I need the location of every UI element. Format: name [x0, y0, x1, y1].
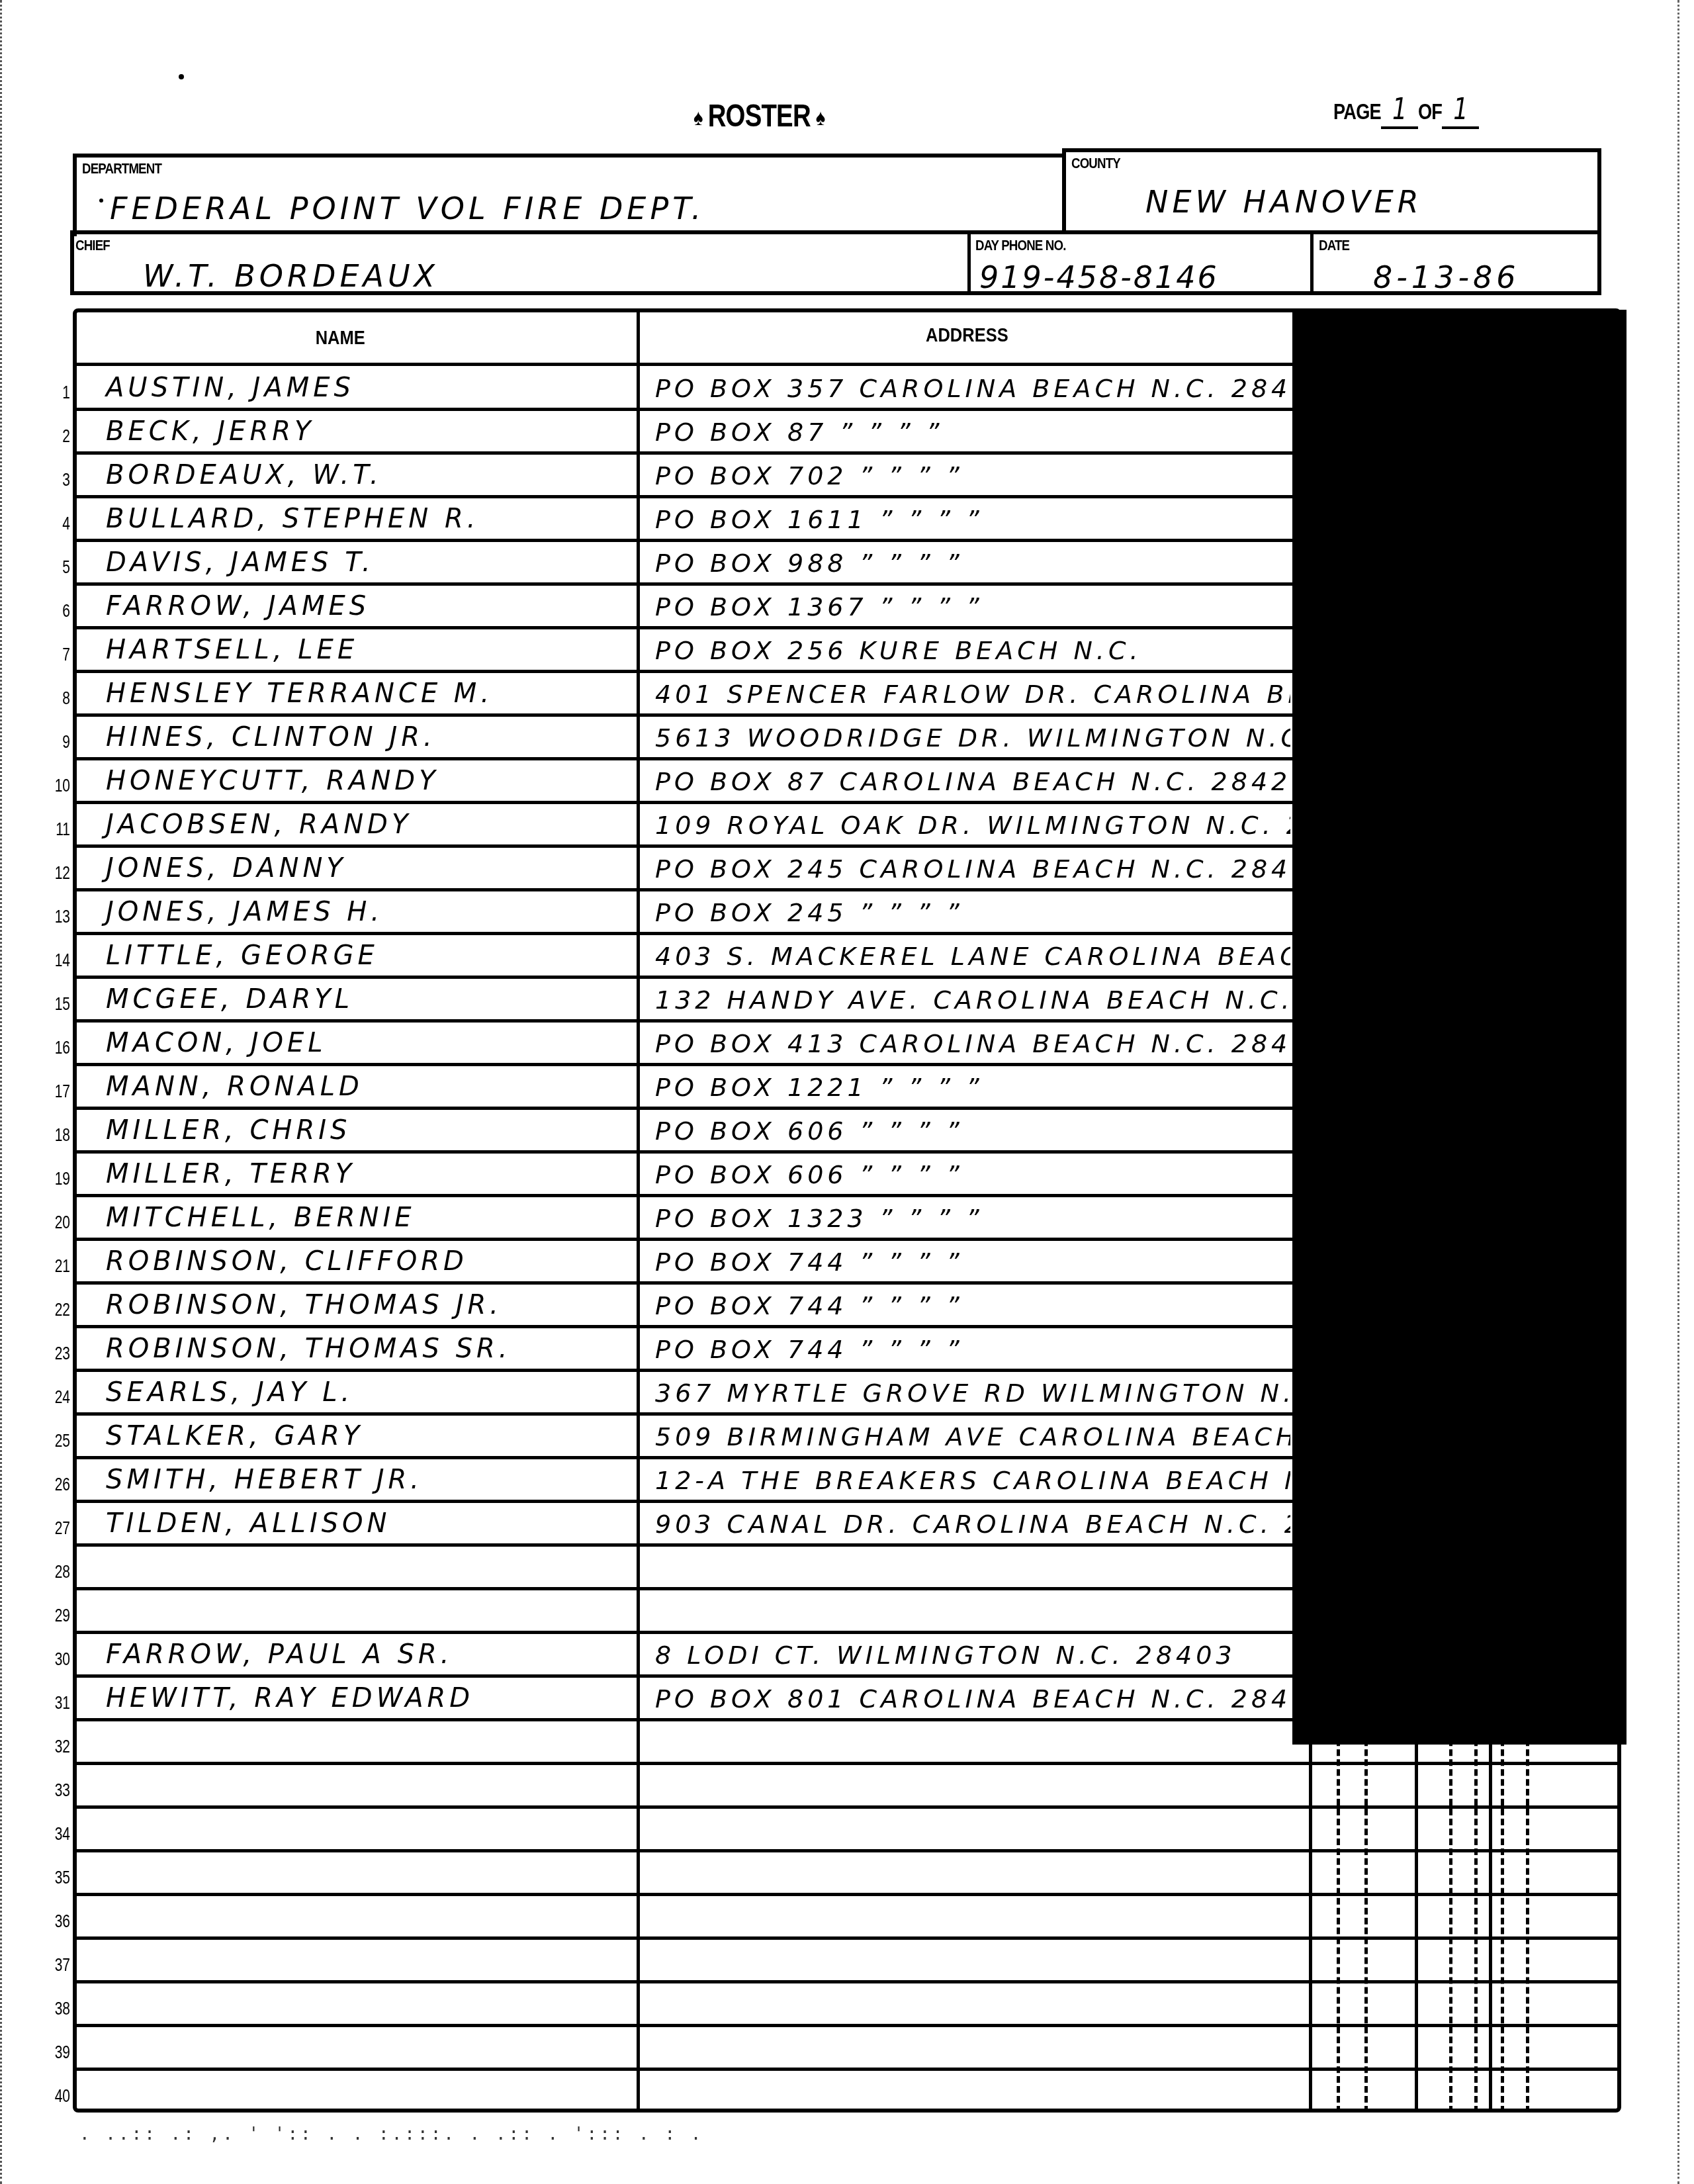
name-cell: Tilden, Allison: [106, 1508, 390, 1539]
name-cell: Robinson, Clifford: [106, 1246, 468, 1277]
row-number: 1: [50, 382, 70, 403]
row-number: 36: [50, 1911, 70, 1932]
chief-field: CHIEF W.T. Bordeaux: [70, 230, 970, 295]
address-cell: PO Box 1221 ” ” ” ”: [655, 1073, 983, 1102]
row-number: 31: [50, 1692, 70, 1713]
day-phone-label: DAY PHONE NO.: [975, 237, 1066, 254]
department-label: DEPARTMENT: [82, 160, 161, 177]
scan-edge-left: [0, 0, 6, 2184]
row-divider: [74, 1762, 1620, 1765]
redaction-block: [1292, 310, 1627, 1745]
row-divider: [74, 2068, 1620, 2071]
address-cell: PO Box 988 ” ” ” ”: [655, 549, 963, 578]
address-cell: PO Box 413 Carolina Beach N.C. 28428: [655, 1029, 1290, 1058]
page-indicator: PAGE1OF1: [1333, 93, 1479, 129]
row-divider: [74, 1936, 1620, 1940]
row-divider: [74, 1805, 1620, 1809]
address-cell: 903 Canal Dr. Carolina Beach N.C. 28428: [655, 1510, 1290, 1539]
scan-edge-right: [1675, 0, 1679, 2184]
row-divider: [74, 2024, 1620, 2027]
row-divider: [74, 1849, 1620, 1852]
column-divider: [637, 308, 640, 2113]
row-number: 29: [50, 1605, 70, 1626]
row-number: 19: [50, 1168, 70, 1189]
date-value: 8-13-86: [1373, 259, 1520, 295]
name-cell: Farrow, James: [106, 591, 370, 621]
date-label: DATE: [1319, 237, 1349, 254]
address-cell: PO Box 357 Carolina Beach N.C. 28428: [655, 374, 1290, 403]
address-cell: PO Box 1611 ” ” ” ”: [655, 505, 983, 534]
day-phone-field: DAY PHONE NO. 919-458-8146: [970, 230, 1311, 295]
address-cell: PO Box 744 ” ” ” ”: [655, 1335, 963, 1364]
scan-noise: . ..:: .: ,. ' ':: . . :.:::. . .:: . ':…: [79, 2124, 703, 2144]
row-number: 23: [50, 1343, 70, 1364]
county-value: New Hanover: [1145, 184, 1423, 220]
address-cell: PO Box 606 ” ” ” ”: [655, 1116, 963, 1146]
row-number: 20: [50, 1212, 70, 1233]
row-number: 30: [50, 1649, 70, 1670]
name-cell: Robinson, Thomas Jr.: [106, 1290, 502, 1320]
row-number: 9: [50, 731, 70, 752]
chief-value: W.T. Bordeaux: [143, 258, 439, 294]
name-cell: Jones, Danny: [106, 853, 347, 884]
scan-speck: [179, 74, 184, 79]
chief-label: CHIEF: [75, 237, 110, 254]
row-number: 33: [50, 1780, 70, 1801]
column-header-name: NAME: [316, 327, 365, 349]
name-cell: Searls, Jay L.: [106, 1377, 353, 1408]
address-cell: PO Box 744 ” ” ” ”: [655, 1291, 963, 1320]
department-value: Federal Point Vol Fire Dept.: [110, 191, 705, 226]
page-number: 1: [1381, 93, 1418, 129]
name-cell: Jones, James H.: [106, 897, 383, 927]
address-cell: PO Box 245 Carolina Beach N.C. 28428: [655, 854, 1290, 884]
row-number: 40: [50, 2085, 70, 2107]
page-label: PAGE: [1333, 99, 1381, 124]
address-cell: PO Box 801 Carolina Beach N.C. 28428: [655, 1684, 1290, 1713]
row-number: 4: [50, 513, 70, 534]
address-cell: PO Box 1323 ” ” ” ”: [655, 1204, 983, 1233]
address-cell: 8 Lodi Ct. Wilmington N.C. 28403: [655, 1641, 1236, 1670]
address-cell: PO Box 256 Kure Beach N.C.: [655, 636, 1142, 665]
row-number: 15: [50, 993, 70, 1015]
row-number: 5: [50, 557, 70, 578]
address-cell: PO Box 606 ” ” ” ”: [655, 1160, 963, 1189]
row-number: 18: [50, 1124, 70, 1146]
name-cell: Stalker, Gary: [106, 1421, 363, 1451]
name-cell: Mann, Ronald: [106, 1071, 363, 1102]
name-cell: Farrow, Paul A Sr.: [106, 1639, 453, 1670]
address-cell: PO Box 245 ” ” ” ”: [655, 898, 963, 927]
row-number: 38: [50, 1998, 70, 2019]
column-header-address: ADDRESS: [926, 324, 1008, 347]
name-cell: Macon, Joel: [106, 1028, 326, 1058]
address-cell: 401 Spencer Farlow Dr. Carolina Beach N.…: [655, 680, 1290, 709]
row-number: 13: [50, 906, 70, 927]
name-cell: Miller, Terry: [106, 1159, 355, 1189]
spade-icon: ♠: [816, 105, 825, 131]
row-number: 35: [50, 1867, 70, 1888]
row-number: 11: [50, 819, 70, 840]
address-cell: PO Box 702 ” ” ” ”: [655, 461, 963, 490]
row-number: 22: [50, 1299, 70, 1320]
row-number: 37: [50, 1954, 70, 1976]
row-number: 32: [50, 1736, 70, 1757]
spade-icon: ♠: [693, 105, 703, 131]
address-cell: 509 Birmingham Ave Carolina Beach N.C. 2…: [655, 1422, 1290, 1451]
row-number: 6: [50, 600, 70, 621]
row-number: 16: [50, 1037, 70, 1058]
form-title-text: ROSTER: [708, 99, 811, 134]
county-label: COUNTY: [1071, 155, 1120, 172]
row-number: 8: [50, 688, 70, 709]
name-cell: Smith, Hebert Jr.: [106, 1465, 423, 1495]
row-number: 3: [50, 469, 70, 490]
address-cell: 403 S. Mackerel Lane Carolina Beach N.C.…: [655, 942, 1290, 971]
name-cell: Beck, Jerry: [106, 416, 314, 447]
address-cell: 5613 Woodridge Dr. Wilmington N.C. 28403: [655, 723, 1290, 752]
address-cell: 109 Royal Oak Dr. Wilmington N.C. 28403: [655, 811, 1290, 840]
row-number: 14: [50, 950, 70, 971]
name-cell: McGee, Daryl: [106, 984, 353, 1015]
name-cell: Bordeaux, W.T.: [106, 460, 382, 490]
department-field: DEPARTMENT Federal Point Vol Fire Dept.: [73, 154, 1065, 236]
address-cell: PO Box 1367 ” ” ” ”: [655, 592, 983, 621]
name-cell: Honeycutt, Randy: [106, 766, 439, 796]
county-field: COUNTY New Hanover: [1062, 148, 1601, 231]
address-cell: PO Box 87 ” ” ” ”: [655, 418, 943, 447]
form-title: ♠ROSTER♠: [688, 98, 830, 134]
name-cell: Austin, James: [106, 373, 355, 403]
row-divider: [74, 1980, 1620, 1983]
name-cell: Davis, James T.: [106, 547, 375, 578]
name-cell: Jacobsen, Randy: [106, 809, 412, 840]
date-field: DATE 8-13-86: [1314, 230, 1601, 295]
address-cell: 132 Handy Ave. Carolina Beach N.C. 28428: [655, 985, 1290, 1015]
row-divider: [74, 1893, 1620, 1896]
row-number: 27: [50, 1518, 70, 1539]
name-cell: Little, George: [106, 940, 379, 971]
name-cell: Hines, Clinton Jr.: [106, 722, 436, 752]
address-cell: PO Box 744 ” ” ” ”: [655, 1248, 963, 1277]
row-number: 21: [50, 1255, 70, 1277]
page-total: 1: [1442, 93, 1479, 129]
address-cell: 367 Myrtle Grove Rd Wilmington N.C. 2840…: [655, 1379, 1290, 1408]
row-number: 24: [50, 1387, 70, 1408]
row-number: 34: [50, 1823, 70, 1844]
name-cell: Hewitt, Ray Edward: [106, 1683, 474, 1713]
row-number: 17: [50, 1081, 70, 1102]
row-number: 2: [50, 426, 70, 447]
name-cell: Hensley Terrance M.: [106, 678, 493, 709]
name-cell: Miller, Chris: [106, 1115, 351, 1146]
row-number: 26: [50, 1474, 70, 1495]
of-label: OF: [1418, 99, 1442, 124]
address-cell: 12-A The Breakers Carolina Beach N.C. 28…: [655, 1466, 1290, 1495]
name-cell: Mitchell, Bernie: [106, 1203, 416, 1233]
name-cell: Robinson, Thomas Sr.: [106, 1334, 512, 1364]
row-number: 12: [50, 862, 70, 884]
row-number: 25: [50, 1430, 70, 1451]
row-number: 10: [50, 775, 70, 796]
day-phone-value: 919-458-8146: [979, 259, 1219, 295]
name-cell: Bullard, Stephen R.: [106, 504, 479, 534]
address-cell: PO Box 87 Carolina Beach N.C. 28428: [655, 767, 1290, 796]
row-number: 39: [50, 2042, 70, 2063]
name-cell: Hartsell, Lee: [106, 635, 358, 665]
row-number: 28: [50, 1561, 70, 1582]
row-number: 7: [50, 644, 70, 665]
